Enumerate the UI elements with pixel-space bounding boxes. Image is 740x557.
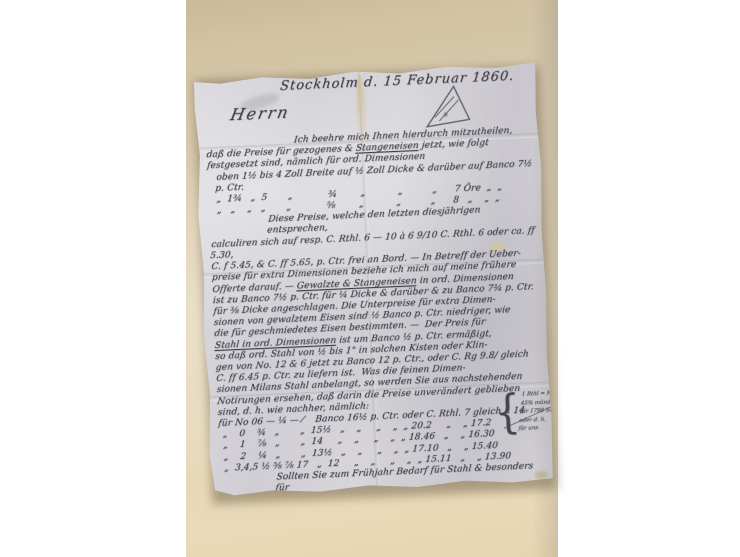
letter-body: Ich beehre mich Ihnen hierdurch mitzuthe… — [206, 125, 548, 531]
photograph-of-letter: Stockholm d. 15 Februar 1860. ✳︎ Herrn I… — [0, 0, 740, 557]
table-brace-notes-wrap: { 1 Rthl = M. 45% münd. für 1798 Schl. o… — [494, 387, 556, 436]
letter-text: Stockholm d. 15 Februar 1860. ✳︎ Herrn I… — [192, 61, 555, 498]
stain-corner-spot — [535, 470, 548, 479]
photo-background: Stockholm d. 15 Februar 1860. ✳︎ Herrn I… — [186, 0, 558, 557]
letter-line: daß ich mit der früher Bestellung eine z… — [222, 506, 548, 531]
letter-paper: Stockholm d. 15 Februar 1860. ✳︎ Herrn I… — [192, 61, 555, 498]
table-brace-notes: 1 Rthl = M. 45% münd. für 1798 Schl. ode… — [518, 387, 562, 435]
salutation: Herrn — [229, 92, 532, 124]
